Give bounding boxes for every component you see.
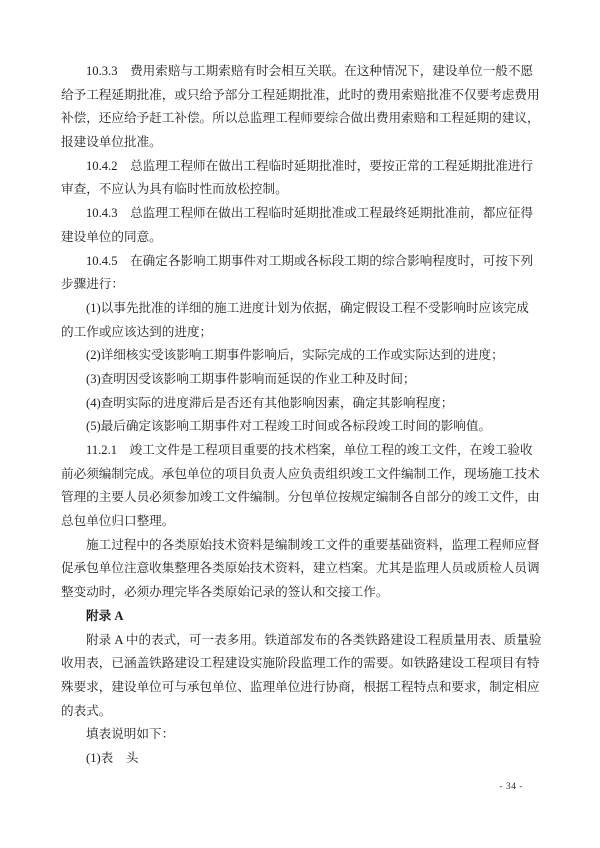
para-10-4-2: 10.4.2 总监理工程师在做出工程临时延期批准时，要按正常的工程延期批准进行审… bbox=[61, 155, 543, 202]
text-line: 管理的主要人员必须参加竣工文件编制。分包单位按规定编制各自部分的竣工文件，由 bbox=[61, 486, 543, 510]
text-line: 殊要求，建设单位可与承包单位、监理单位进行协商，根据工程特点和要求，制定相应 bbox=[61, 676, 543, 700]
text-line: 的工作或应该达到的进度； bbox=[61, 321, 543, 345]
text-line: 附录 A 中的表式，可一表多用。铁道部发布的各类铁路建设工程质量用表、质量验 bbox=[61, 629, 543, 653]
text-line: 总包单位归口整理。 bbox=[61, 510, 543, 534]
heading-appendix-a: 附录 A bbox=[61, 605, 543, 629]
list-item-2: (2)详细核实受该影响工期事件影响后，实际完成的工作或实际达到的进度； bbox=[61, 344, 543, 368]
page-number: - 34 - bbox=[499, 782, 523, 792]
para-original-materials: 施工过程中的各类原始技术资料是编制竣工文件的重要基础资料，监理工程师应督促承包单… bbox=[61, 534, 543, 605]
text-line: 收用表，已涵盖铁路建设工程建设实施阶段监理工作的需要。如铁路建设工程项目有特 bbox=[61, 652, 543, 676]
text-line: 11.2.1 竣工文件是工程项目重要的技术档案，单位工程的竣工文件，在竣工验收 bbox=[61, 439, 543, 463]
list-item-1: (1)以事先批准的详细的施工进度计划为依据，确定假设工程不受影响时应该完成的工作… bbox=[61, 297, 543, 344]
text-line: 给予工程延期批准，或只给予部分工程延期批准，此时的费用索赔批准不仅要考虑费用 bbox=[61, 84, 543, 108]
document-body: 10.3.3 费用索赔与工期索赔有时会相互关联。在这种情况下，建设单位一般不愿给… bbox=[61, 60, 543, 771]
text-line: 促承包单位注意收集整理各类原始技术资料，建立档案。尤其是监理人员或质检人员调 bbox=[61, 557, 543, 581]
text-line: (3)查明因受该影响工期事件影响而延误的作业工种及时间； bbox=[61, 368, 543, 392]
para-fill-in-note: 填表说明如下： bbox=[61, 723, 543, 747]
text-line: 的表式。 bbox=[61, 700, 543, 724]
text-line: 报建设单位批准。 bbox=[61, 131, 543, 155]
text-line: 前必须编制完成。承包单位的项目负责人应负责组织竣工文件编制工作，现场施工技术 bbox=[61, 463, 543, 487]
text-line: (1)表 头 bbox=[61, 747, 543, 771]
list-item-5: (5)最后确定该影响工期事件对工程竣工时间或各标段竣工时间的影响值。 bbox=[61, 415, 543, 439]
text-line: 审查，不应认为具有临时性而放松控制。 bbox=[61, 178, 543, 202]
text-line: (5)最后确定该影响工期事件对工程竣工时间或各标段竣工时间的影响值。 bbox=[61, 415, 543, 439]
para-11-2-1: 11.2.1 竣工文件是工程项目重要的技术档案，单位工程的竣工文件，在竣工验收前… bbox=[61, 439, 543, 534]
text-line: 填表说明如下： bbox=[61, 723, 543, 747]
text-line: 10.4.5 在确定各影响工期事件对工期或各标段工期的综合影响程度时，可按下列 bbox=[61, 250, 543, 274]
text-line: 附录 A bbox=[61, 605, 543, 629]
para-10-4-5: 10.4.5 在确定各影响工期事件对工期或各标段工期的综合影响程度时，可按下列步… bbox=[61, 250, 543, 297]
text-line: 补偿，还应给予赶工补偿。所以总监理工程师要综合做出费用索赔和工程延期的建议， bbox=[61, 107, 543, 131]
text-line: (2)详细核实受该影响工期事件影响后，实际完成的工作或实际达到的进度； bbox=[61, 344, 543, 368]
para-10-3-3: 10.3.3 费用索赔与工期索赔有时会相互关联。在这种情况下，建设单位一般不愿给… bbox=[61, 60, 543, 155]
text-line: 10.4.3 总监理工程师在做出工程临时延期批准或工程最终延期批准前，都应征得 bbox=[61, 202, 543, 226]
text-line: 10.4.2 总监理工程师在做出工程临时延期批准时，要按正常的工程延期批准进行 bbox=[61, 155, 543, 179]
text-line: (4)查明实际的进度滞后是否还有其他影响因素，确定其影响程度； bbox=[61, 392, 543, 416]
text-line: 施工过程中的各类原始技术资料是编制竣工文件的重要基础资料，监理工程师应督 bbox=[61, 534, 543, 558]
para-10-4-3: 10.4.3 总监理工程师在做出工程临时延期批准或工程最终延期批准前，都应征得建… bbox=[61, 202, 543, 249]
text-line: 整变动时，必须办理完毕各类原始记录的签认和交接工作。 bbox=[61, 581, 543, 605]
list-item-table-head: (1)表 头 bbox=[61, 747, 543, 771]
document-page: 10.3.3 费用索赔与工期索赔有时会相互关联。在这种情况下，建设单位一般不愿给… bbox=[0, 0, 600, 848]
text-line: 10.3.3 费用索赔与工期索赔有时会相互关联。在这种情况下，建设单位一般不愿 bbox=[61, 60, 543, 84]
list-item-4: (4)查明实际的进度滞后是否还有其他影响因素，确定其影响程度； bbox=[61, 392, 543, 416]
para-appendix-a-intro: 附录 A 中的表式，可一表多用。铁道部发布的各类铁路建设工程质量用表、质量验收用… bbox=[61, 629, 543, 724]
list-item-3: (3)查明因受该影响工期事件影响而延误的作业工种及时间； bbox=[61, 368, 543, 392]
text-line: 步骤进行： bbox=[61, 273, 543, 297]
text-line: 建设单位的同意。 bbox=[61, 226, 543, 250]
text-line: (1)以事先批准的详细的施工进度计划为依据，确定假设工程不受影响时应该完成 bbox=[61, 297, 543, 321]
